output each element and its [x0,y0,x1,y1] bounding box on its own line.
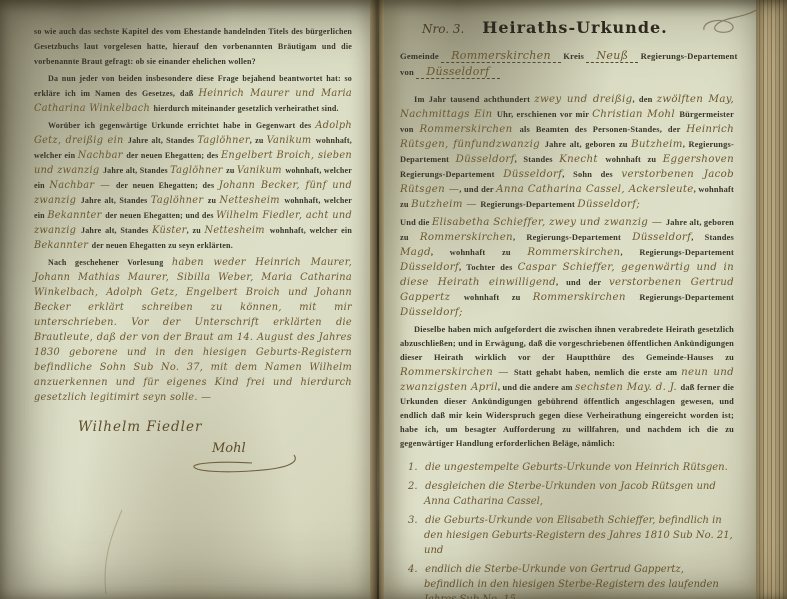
handwritten-entry: Rommerskirchen — [400,366,514,378]
left-page-signatures: Wilhelm Fiedler Mohl [0,419,372,477]
handwritten-entry: Nachbar [78,150,127,161]
handwritten-entry: Düsseldorf [632,231,691,243]
printed-text: , und der [556,278,609,287]
list-item-number: 3. [408,513,422,528]
evidence-list-item: 2. desgleichen die Sterbe-Urkunden von J… [408,479,734,509]
printed-text: , Regierungs-Departement [620,248,734,257]
printed-text: Jahre alt, geboren zu [545,140,631,149]
handwritten-entry: Knecht [559,153,605,165]
list-item-number: 1. [408,460,422,475]
list-item-number: 2. [408,479,422,494]
handwritten-entry: Nettesheim [205,225,270,236]
book-page-edges [756,0,787,599]
printed-text: , Standes [691,233,734,242]
printed-text: Kreis [561,51,587,61]
printed-text: , zu [250,136,267,145]
printed-text: , wohnhaft zu [431,248,528,257]
handwritten-entry: Bekannter [47,210,105,221]
handwritten-entry: Vanikum [237,165,285,176]
printed-text: Gemeinde [400,51,441,61]
bottom-left-ink-curve-icon [92,508,132,598]
printed-text: , den [632,95,656,104]
paragraph: Im Jahr tausend achthundert zwey und dre… [400,92,734,212]
printed-text: , Sohn des [562,170,621,179]
list-item-number: 4. [408,562,422,577]
printed-text: der neuen Ehegatten; des [126,151,221,160]
handwritten-entry: Nettesheim [220,195,285,206]
printed-text: Regierungs-Departement [400,170,503,179]
left-page-body: so wie auch das sechste Kapitel des vom … [0,0,372,405]
handwritten-entry: Düsseldorf [456,153,515,165]
printed-text: Im Jahr tausend achthundert [414,95,534,104]
printed-text: der neuen Ehegatten; des [116,181,219,190]
printed-text: Jahre alt, Standes [103,166,170,175]
printed-text: Jahre alt, Standes [128,136,197,145]
handwritten-entry: Rommerskirchen [527,246,620,258]
paragraph: Und die Elisabetha Schieffer, zwey und z… [400,215,734,320]
municipality-line: Gemeinde Rommerskirchen Kreis Neuß Regie… [400,48,740,80]
printed-text: zu [208,196,220,205]
handwritten-entry: Taglöhner [170,165,226,176]
printed-text: Regierungs-Departement [639,293,734,302]
evidence-list-item: 1. die ungestempelte Geburts-Urkunde von… [408,460,734,475]
printed-text: hierdurch miteinander gesetzlich verheir… [154,104,339,113]
printed-text: der neuen Ehegatten; und des [105,211,216,220]
paragraph: Da nun jeder von beiden insbesondere die… [34,71,352,116]
handwritten-entry: Düsseldorf; [400,306,463,318]
evidence-list-item: 3. die Geburts-Urkunde von Elisabeth Sch… [408,513,734,558]
right-page-body: Im Jahr tausend achthundert zwey und dre… [384,88,756,451]
handwritten-entry: Christian Mohl [592,108,679,120]
printed-text: Statt gehabt haben, nemlich die erste am [514,368,681,377]
handwritten-entry: Butzheim [631,138,683,150]
printed-text: der neuen Ehegatten zu seyn erklärten. [92,241,233,250]
handwritten-entry: Rommerskirchen [441,49,561,63]
printed-text: wohnhaft, welcher ein [270,226,352,235]
printed-text: Und die [400,218,432,227]
handwritten-entry: sechsten May. d. J. [575,381,681,393]
handwritten-entry: Magd [400,246,431,258]
paragraph: so wie auch das sechste Kapitel des vom … [34,24,352,69]
printed-text: , zu [187,226,205,235]
evidence-list-item: 4. endlich die Sterbe-Urkunde von Gertru… [408,562,734,599]
printed-text: , Tochter des [459,263,518,272]
printed-text: , Standes [515,155,560,164]
handwritten-entry: Taglöhner [197,135,249,146]
right-page-header: Nro. 3. Heiraths-Urkunde. [400,16,750,46]
printed-text: Worüber ich gegenwärtige Urkunde erricht… [48,121,315,130]
handwritten-entry: Düsseldorf; [577,198,640,210]
book-photo: so wie auch das sechste Kapitel des vom … [0,0,787,599]
printed-text: Uhr, erschienen vor mir [497,110,592,119]
handwritten-entry: Rommerskirchen [420,231,513,243]
printed-text: , und der [459,185,496,194]
handwritten-entry: Düsseldorf [400,261,459,273]
handwritten-entry: Butzheim — [411,198,480,210]
printed-text: wohnhaft zu [464,293,533,302]
handwritten-entry: Vanikum [267,135,316,146]
handwritten-entry: Taglöhner [151,195,208,206]
handwritten-entry: Rommerskirchen [533,291,640,303]
handwritten-entry: Rommerskirchen [419,123,519,135]
paragraph: Worüber ich gegenwärtige Urkunde erricht… [34,118,352,253]
left-page: so wie auch das sechste Kapitel des vom … [0,0,372,599]
printed-text: als Beamten des Personen-Standes, der [520,125,687,134]
printed-text: Dieselbe haben mich aufgefordert die zwi… [400,325,734,362]
printed-text: zu [226,166,237,175]
paragraph: Nach geschehener Vorlesung haben weder H… [34,255,352,405]
handwritten-entry: Düsseldorf [503,168,562,180]
printed-text: Regierungs-Departement [480,200,577,209]
page-title: Heiraths-Urkunde. [400,18,750,37]
mohl-signature-flourish-icon [190,453,300,477]
handwritten-entry: Nachbar — [49,180,116,191]
printed-text: wohnhaft zu [605,155,662,164]
handwritten-entry: Neuß [586,49,638,63]
handwritten-entry: haben weder Heinrich Maurer, Johann Math… [34,257,352,403]
handwritten-entry: Elisabetha Schieffer, zwey und zwanzig — [432,216,666,228]
printed-text: Jahre alt, Standes [81,226,152,235]
handwritten-entry: Düsseldorf [416,65,499,79]
gutter-seam [377,0,379,599]
printed-text: , Regierungs-Departement [513,233,632,242]
printed-text: , und die andere am [498,383,575,392]
signature-wilhelm-fiedler: Wilhelm Fiedler [78,419,372,435]
printed-text: Nach geschehener Vorlesung [48,258,172,267]
right-page: Nro. 3. Heiraths-Urkunde. Gemeinde Romme… [384,0,756,599]
printed-text: so wie auch das sechste Kapitel des vom … [34,27,352,66]
printed-text: Jahre alt, Standes [81,196,151,205]
handwritten-entry: Eggershoven [663,153,734,165]
handwritten-entry: Anna Catharina Cassel, Ackersleute [496,183,693,195]
handwritten-entry: zwey und dreißig [534,93,632,105]
paragraph: Dieselbe haben mich aufgefordert die zwi… [400,323,734,451]
handwritten-entry: Küster [152,225,187,236]
handwritten-entry: Bekannter [34,240,92,251]
right-page-list: 1. die ungestempelte Geburts-Urkunde von… [384,454,756,599]
